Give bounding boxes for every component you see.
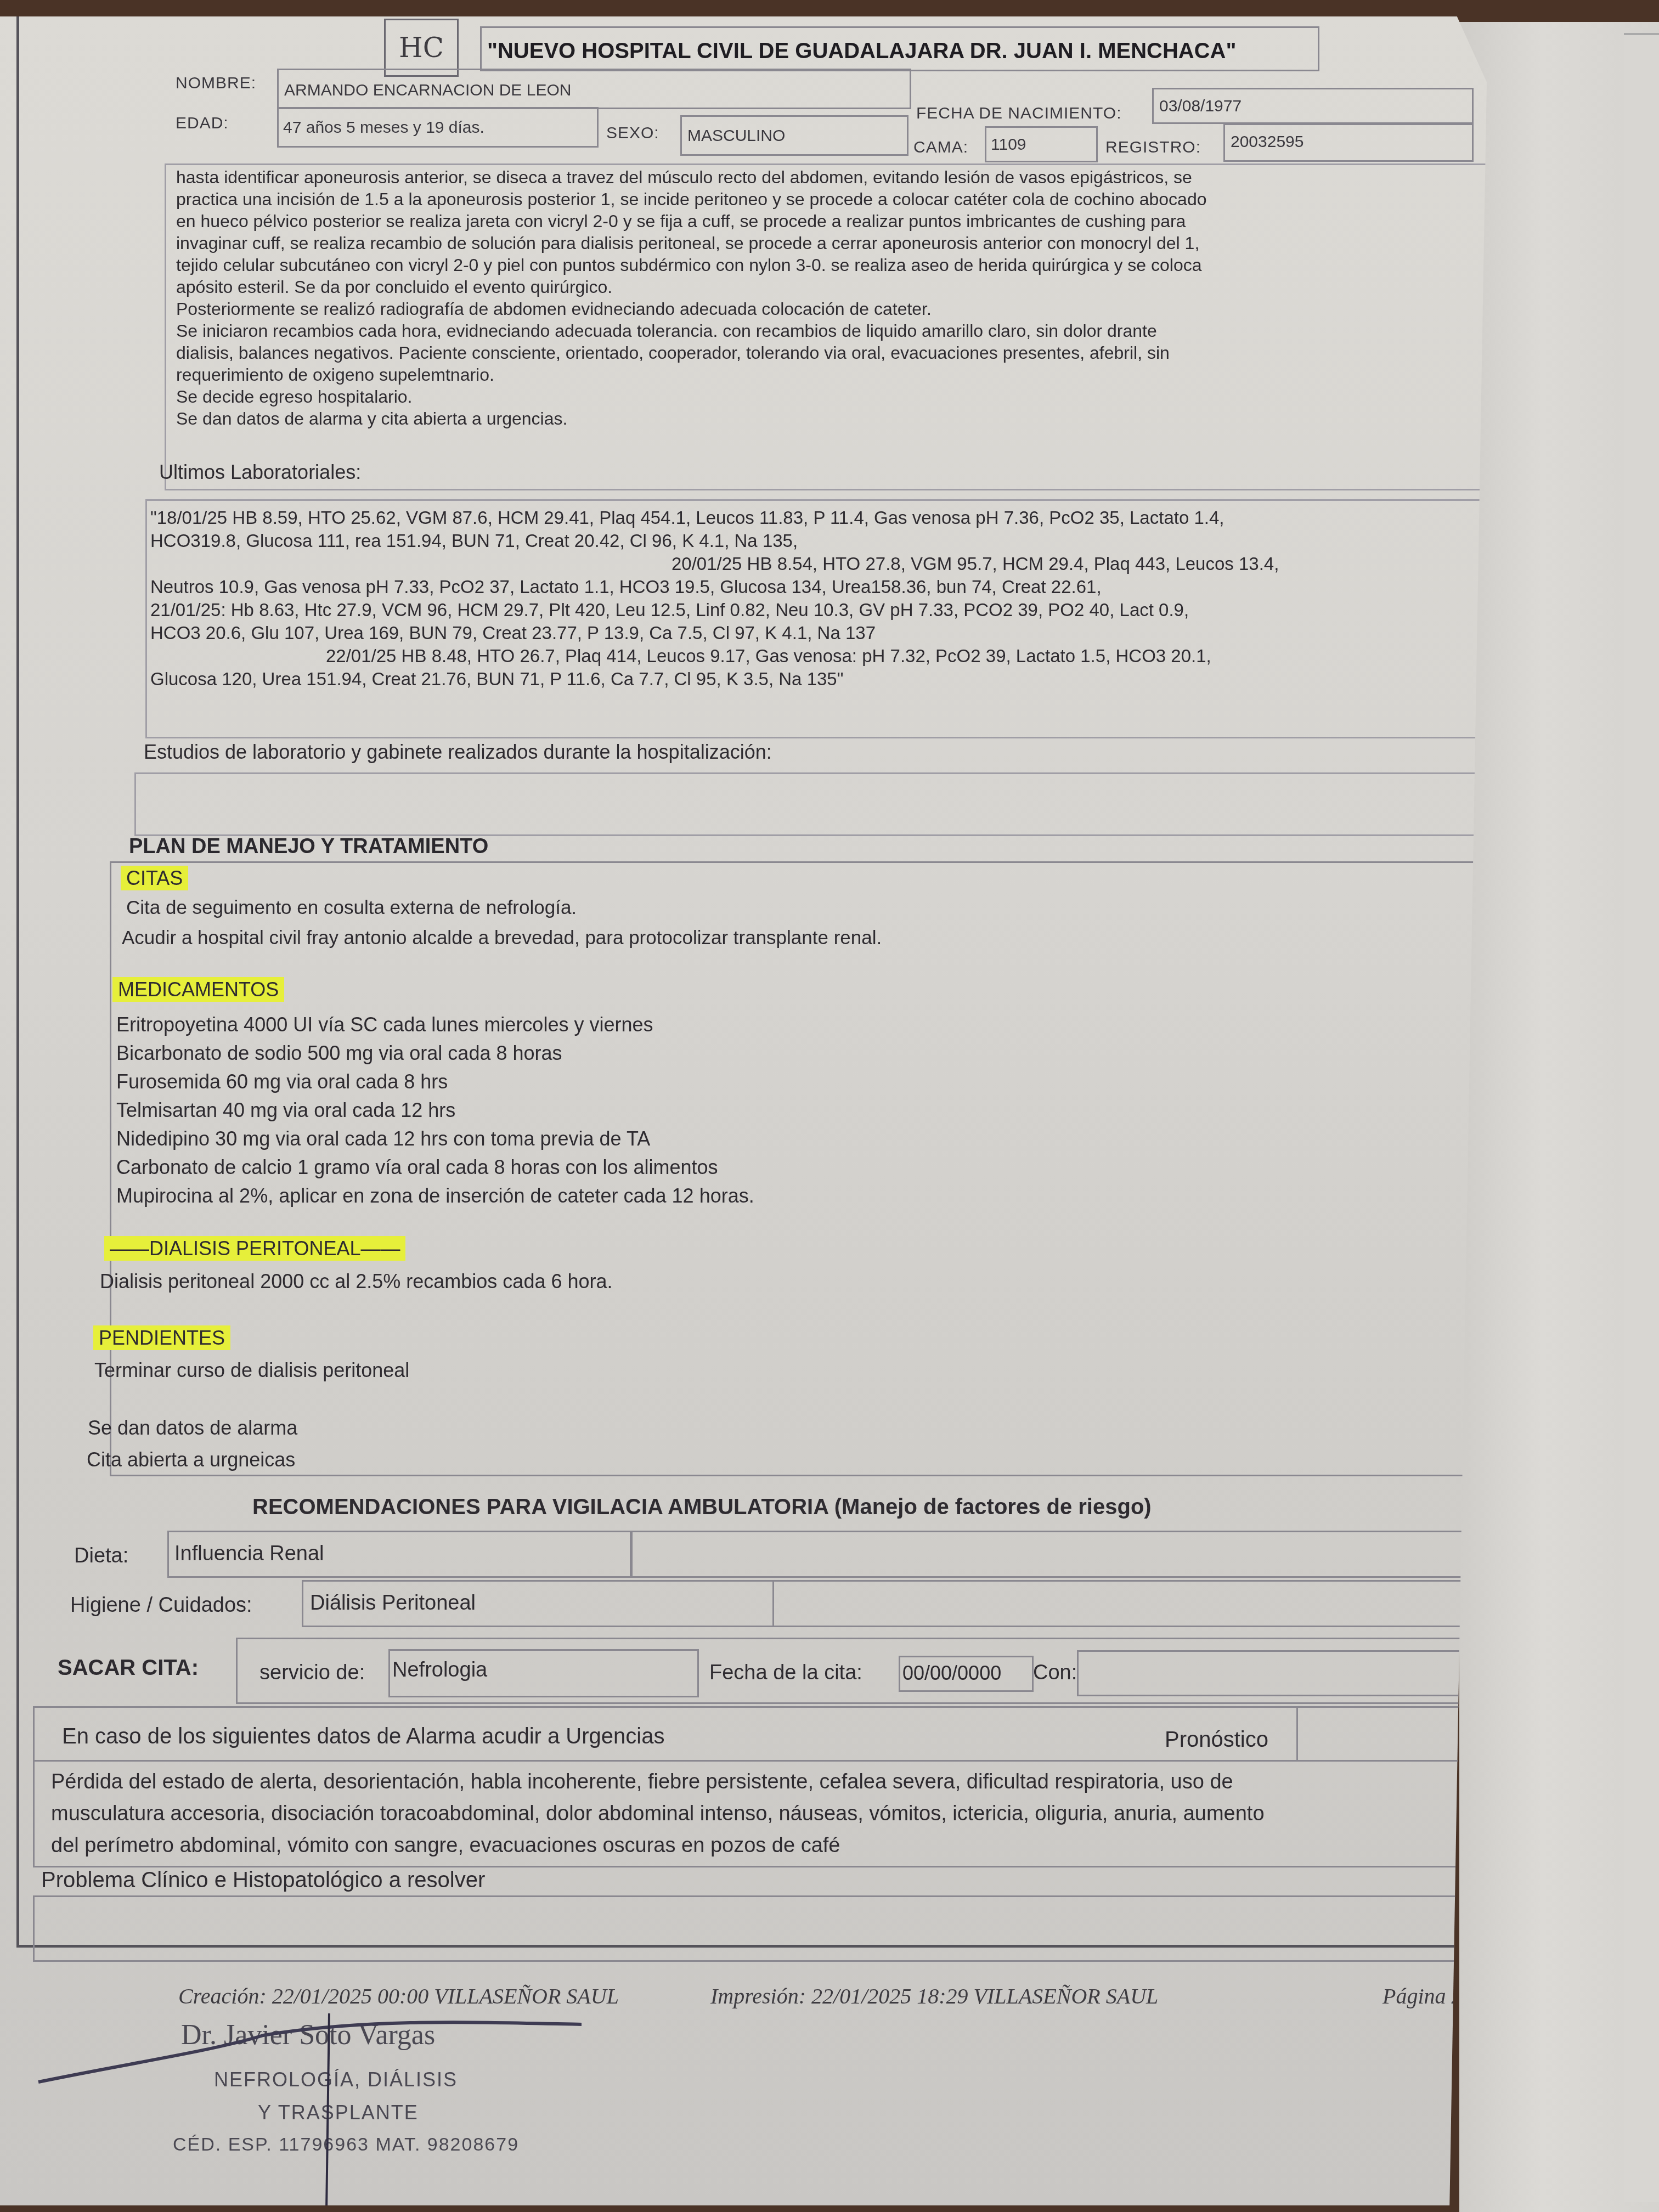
- alarm-details-box: Pérdida del estado de alerta, desorienta…: [33, 1760, 1561, 1867]
- sexo-field: MASCULINO: [680, 115, 909, 156]
- medications-list: Eritropoyetina 4000 UI vía SC cada lunes…: [116, 1011, 754, 1210]
- citas-title: CITAS: [121, 866, 188, 890]
- narrative-line: Posteriormente se realizó radiografía de…: [176, 298, 1207, 320]
- hospital-title: "NUEVO HOSPITAL CIVIL DE GUADALAJARA DR.…: [480, 26, 1319, 71]
- nombre-field: ARMANDO ENCARNACION DE LEON: [277, 69, 911, 109]
- registro-label: REGISTRO:: [1105, 138, 1201, 157]
- medication-item: Eritropoyetina 4000 UI vía SC cada lunes…: [116, 1011, 754, 1039]
- medication-item: Nidedipino 30 mg via oral cada 12 hrs co…: [116, 1125, 754, 1153]
- clinical-narrative: hasta identificar aponeurosis anterior, …: [176, 166, 1207, 430]
- document-page: HC "NUEVO HOSPITAL CIVIL DE GUADALAJARA …: [0, 16, 1487, 2205]
- studies-field: [134, 772, 1509, 836]
- narrative-line: Se decide egreso hospitalario.: [176, 386, 1207, 408]
- narrative-line: practica una incisión de 1.5 a la aponeu…: [176, 188, 1207, 210]
- narrative-line: tejido celular subcutáneo con vicryl 2-0…: [176, 254, 1207, 276]
- medication-item: Carbonato de calcio 1 gramo vía oral cad…: [116, 1153, 754, 1182]
- alarm-line: musculatura accesoria, disociación torac…: [51, 1798, 1265, 1830]
- alarm-header-box: En caso de los siguientes datos de Alarm…: [33, 1706, 1561, 1762]
- closing-cita: Cita abierta a urgneicas: [87, 1448, 295, 1471]
- logo-text: HC: [399, 32, 444, 64]
- pendientes-heading: PENDIENTES: [93, 1327, 230, 1350]
- lab-line: "18/01/25 HB 8.59, HTO 25.62, VGM 87.6, …: [150, 506, 1279, 529]
- dialisis-order: Dialisis peritoneal 2000 cc al 2.5% reca…: [100, 1270, 613, 1293]
- pendientes-item: Terminar curso de dialisis peritoneal: [94, 1359, 409, 1382]
- dieta-field: Influencia Renal: [167, 1531, 631, 1578]
- con-label: Con:: [1033, 1661, 1077, 1685]
- nombre-label: NOMBRE:: [176, 74, 256, 93]
- dialisis-title: ——DIALISIS PERITONEAL——: [104, 1236, 405, 1261]
- alarm-title: En caso de los siguientes datos de Alarm…: [62, 1724, 664, 1749]
- higiene-field: Diálisis Peritoneal: [302, 1580, 774, 1627]
- fecha-cita-value: 00/00/0000: [902, 1662, 1001, 1685]
- background-sheet-edge: [1624, 33, 1659, 2202]
- lab-line: HCO3 20.6, Glu 107, Urea 169, BUN 79, Cr…: [150, 622, 1279, 645]
- narrative-line: requerimiento de oxigeno supelemtnario.: [176, 364, 1207, 386]
- labs-title: Ultimos Laboratoriales:: [159, 461, 361, 484]
- fecha-nacimiento-field: 03/08/1977: [1152, 88, 1474, 124]
- cama-field: 1109: [985, 126, 1098, 162]
- higiene-label: Higiene / Cuidados:: [70, 1594, 252, 1617]
- edad-value: 47 años 5 meses y 19 días.: [283, 119, 484, 137]
- alarm-signs: Pérdida del estado de alerta, desorienta…: [51, 1766, 1265, 1861]
- narrative-line: Se dan datos de alarma y cita abierta a …: [176, 408, 1207, 430]
- medication-item: Telmisartan 40 mg via oral cada 12 hrs: [116, 1096, 754, 1125]
- left-border-line: [16, 16, 19, 1948]
- signature-mark: [33, 1991, 582, 2211]
- cama-value: 1109: [991, 136, 1026, 154]
- alarm-line: del perímetro abdominal, vómito con sang…: [51, 1830, 1265, 1861]
- lab-line: Glucosa 120, Urea 151.94, Creat 21.76, B…: [150, 668, 1279, 691]
- registro-value: 20032595: [1231, 133, 1304, 151]
- narrative-line: en hueco pélvico posterior se realiza ja…: [176, 210, 1207, 232]
- dieta-label: Dieta:: [74, 1544, 128, 1568]
- fecha-nacimiento-value: 03/08/1977: [1159, 97, 1242, 116]
- narrative-line: invaginar cuff, se realiza recambio de s…: [176, 232, 1207, 254]
- narrative-box: hasta identificar aponeurosis anterior, …: [165, 163, 1490, 490]
- higiene-value: Diálisis Peritoneal: [310, 1592, 476, 1615]
- medication-item: Bicarbonato de sodio 500 mg via oral cad…: [116, 1039, 754, 1068]
- lab-line: 20/01/25 HB 8.54, HTO 27.8, VGM 95.7, HC…: [150, 552, 1279, 575]
- closing-alarma: Se dan datos de alarma: [88, 1417, 297, 1440]
- labs-box: "18/01/25 HB 8.59, HTO 25.62, VGM 87.6, …: [145, 499, 1487, 738]
- nombre-value: ARMANDO ENCARNACION DE LEON: [284, 81, 571, 100]
- dieta-value: Influencia Renal: [174, 1542, 324, 1566]
- sacar-cita-label: SACAR CITA:: [58, 1656, 199, 1680]
- cama-label: CAMA:: [913, 138, 968, 157]
- fecha-cita-field: 00/00/0000: [899, 1656, 1034, 1692]
- plan-title: PLAN DE MANEJO Y TRATAMIENTO: [129, 835, 488, 859]
- sexo-value: MASCULINO: [687, 127, 785, 145]
- citas-heading: CITAS: [121, 867, 188, 890]
- servicio-value: Nefrologia: [392, 1658, 487, 1682]
- labs-results: "18/01/25 HB 8.59, HTO 25.62, VGM 87.6, …: [150, 506, 1279, 691]
- print-info: Impresión: 22/01/2025 18:29 VILLASEÑOR S…: [710, 1983, 1158, 2009]
- servicio-field: Nefrologia: [388, 1649, 699, 1697]
- narrative-line: Se iniciaron recambios cada hora, evidne…: [176, 320, 1207, 342]
- problem-title: Problema Clínico e Histopatológico a res…: [41, 1868, 485, 1893]
- alarm-line: Pérdida del estado de alerta, desorienta…: [51, 1766, 1265, 1798]
- narrative-line: dialisis, balances negativos. Paciente c…: [176, 342, 1207, 364]
- narrative-line: apósito esteril. Se da por concluido el …: [176, 276, 1207, 298]
- studies-title: Estudios de laboratorio y gabinete reali…: [144, 741, 772, 764]
- medicamentos-heading: MEDICAMENTOS: [112, 978, 284, 1001]
- problem-field: [33, 1895, 1561, 1962]
- con-field: [1077, 1650, 1475, 1696]
- lab-line: Neutros 10.9, Gas venosa pH 7.33, PcO2 3…: [150, 575, 1279, 599]
- higiene-extra-field: [772, 1580, 1555, 1627]
- recommendations-title: RECOMENDACIONES PARA VIGILACIA AMBULATOR…: [252, 1495, 1152, 1520]
- fecha-cita-label: Fecha de la cita:: [709, 1661, 862, 1685]
- edad-label: EDAD:: [176, 114, 229, 133]
- narrative-line: hasta identificar aponeurosis anterior, …: [176, 166, 1207, 188]
- fecha-nacimiento-label: FECHA DE NACIMIENTO:: [916, 104, 1122, 123]
- medicamentos-title: MEDICAMENTOS: [112, 977, 284, 1002]
- edad-field: 47 años 5 meses y 19 días.: [277, 107, 599, 148]
- cita-item-2: Acudir a hospital civil fray antonio alc…: [122, 927, 882, 949]
- sacar-cita-box: servicio de: Nefrologia Fecha de la cita…: [236, 1638, 1506, 1704]
- dialisis-heading: ——DIALISIS PERITONEAL——: [104, 1237, 405, 1260]
- lab-line: HCO319.8, Glucosa 111, rea 151.94, BUN 7…: [150, 529, 1279, 552]
- lab-line: 22/01/25 HB 8.48, HTO 26.7, Plaq 414, Le…: [150, 645, 1279, 668]
- pronostico-label: Pronóstico: [1165, 1728, 1268, 1752]
- registro-field: 20032595: [1223, 123, 1474, 162]
- servicio-label: servicio de:: [259, 1661, 365, 1685]
- medication-item: Furosemida 60 mg via oral cada 8 hrs: [116, 1068, 754, 1096]
- cita-item-1: Cita de seguimento en cosulta externa de…: [126, 897, 577, 919]
- lab-line: 21/01/25: Hb 8.63, Htc 27.9, VCM 96, HCM…: [150, 599, 1279, 622]
- sexo-label: SEXO:: [606, 124, 659, 143]
- pendientes-title: PENDIENTES: [93, 1325, 230, 1350]
- dieta-extra-field: [631, 1531, 1550, 1578]
- medication-item: Mupirocina al 2%, aplicar en zona de ins…: [116, 1182, 754, 1210]
